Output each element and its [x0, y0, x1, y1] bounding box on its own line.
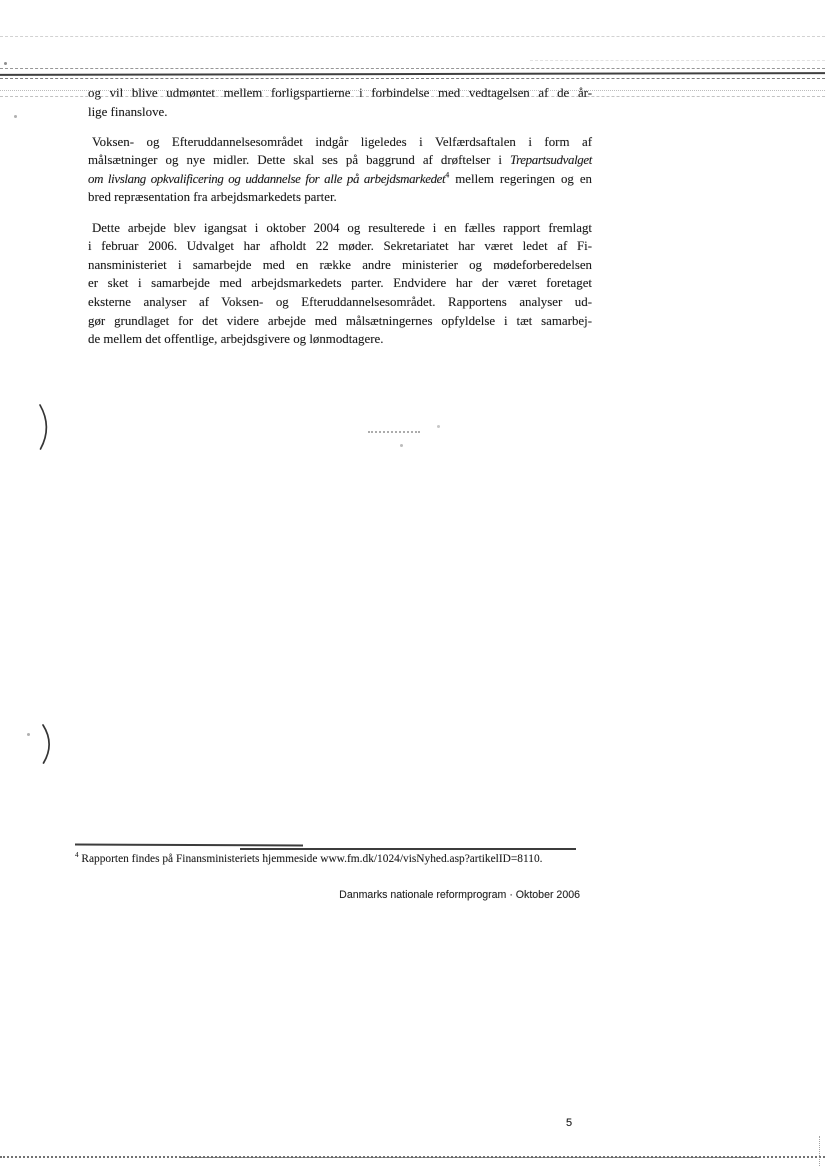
scan-artifact-speck [400, 444, 403, 447]
scan-artifact-horizontal-rule [0, 72, 825, 76]
text-segment: eksterne analyser af Voksen- og Efterudd… [88, 295, 592, 309]
scan-artifact-vertical-dots [819, 1136, 820, 1166]
paragraph: Dette arbejde blev igangsat i oktober 20… [88, 219, 592, 349]
document-page: og vil blive udmøntet mellem forligspart… [0, 0, 825, 1167]
scan-artifact-speck [437, 425, 440, 428]
scan-artifact-dashed-line [0, 78, 825, 79]
scan-artifact-specks [368, 431, 420, 433]
text-segment: i februar 2006. Udvalget har afholdt 22 … [88, 239, 592, 253]
body-text: og vil blive udmøntet mellem forligspart… [88, 84, 592, 360]
text-segment: Dette arbejde blev igangsat i oktober 20… [92, 221, 592, 235]
running-footer: Danmarks nationale reformprogram · Oktob… [339, 889, 580, 901]
text-segment: målsætninger og nye midler. Dette skal s… [88, 153, 510, 167]
scan-artifact-speck [4, 62, 7, 65]
footnote-divider [240, 848, 576, 850]
footnote-text: Rapporten findes på Finansministeriets h… [79, 853, 543, 865]
text-segment: de mellem det offentlige, arbejdsgivere … [88, 332, 383, 346]
text-segment: mellem regeringen og en [449, 172, 592, 186]
scan-artifact-dashed-line-top [0, 36, 825, 37]
text-segment: lige finanslove. [88, 105, 167, 119]
scan-artifact-dashed-line-right [530, 60, 825, 61]
scan-artifact-curve-mark [38, 403, 54, 451]
footnote: 4 Rapporten findes på Finansministeriets… [75, 852, 585, 867]
paragraph: Voksen- og Efteruddannelsesområdet indgå… [88, 133, 592, 207]
scan-artifact-bottom-edge-line [0, 1156, 825, 1158]
text-line: Dette arbejde blev igangsat i oktober 20… [88, 219, 592, 238]
scan-artifact-speck [14, 115, 17, 118]
text-segment: og vil blive udmøntet mellem forligspart… [88, 86, 592, 100]
text-segment: om livslang opkvalificering og uddannels… [88, 172, 445, 186]
footnote-divider [75, 844, 303, 846]
text-line: og vil blive udmøntet mellem forligspart… [88, 84, 592, 103]
page-number: 5 [566, 1117, 572, 1129]
text-line: Voksen- og Efteruddannelsesområdet indgå… [88, 133, 592, 152]
text-line: i februar 2006. Udvalget har afholdt 22 … [88, 237, 592, 256]
scan-artifact-curve-mark [41, 723, 57, 765]
paragraph: og vil blive udmøntet mellem forligspart… [88, 84, 592, 121]
scan-artifact-speck [27, 733, 30, 736]
text-line: nansministeriet i samarbejde med en rækk… [88, 256, 592, 275]
text-segment: bred repræsentation fra arbejdsmarkedets… [88, 190, 337, 204]
text-line: er sket i samarbejde med arbejdsmarkedet… [88, 274, 592, 293]
text-segment: Voksen- og Efteruddannelsesområdet indgå… [92, 135, 592, 149]
text-line: målsætninger og nye midler. Dette skal s… [88, 151, 592, 170]
text-segment: er sket i samarbejde med arbejdsmarkedet… [88, 276, 592, 290]
text-line: om livslang opkvalificering og uddannels… [88, 170, 592, 189]
text-segment: Trepartsudvalget [510, 153, 592, 167]
text-line: de mellem det offentlige, arbejdsgivere … [88, 330, 592, 349]
scan-artifact-bottom-edge-line [180, 1157, 760, 1158]
text-line: eksterne analyser af Voksen- og Efterudd… [88, 293, 592, 312]
text-line: gør grundlaget for det videre arbejde me… [88, 312, 592, 331]
text-segment: nansministeriet i samarbejde med en rækk… [88, 258, 592, 272]
text-line: lige finanslove. [88, 103, 592, 122]
text-segment: gør grundlaget for det videre arbejde me… [88, 314, 592, 328]
text-line: bred repræsentation fra arbejdsmarkedets… [88, 188, 592, 207]
scan-artifact-dashed-line [0, 68, 825, 69]
